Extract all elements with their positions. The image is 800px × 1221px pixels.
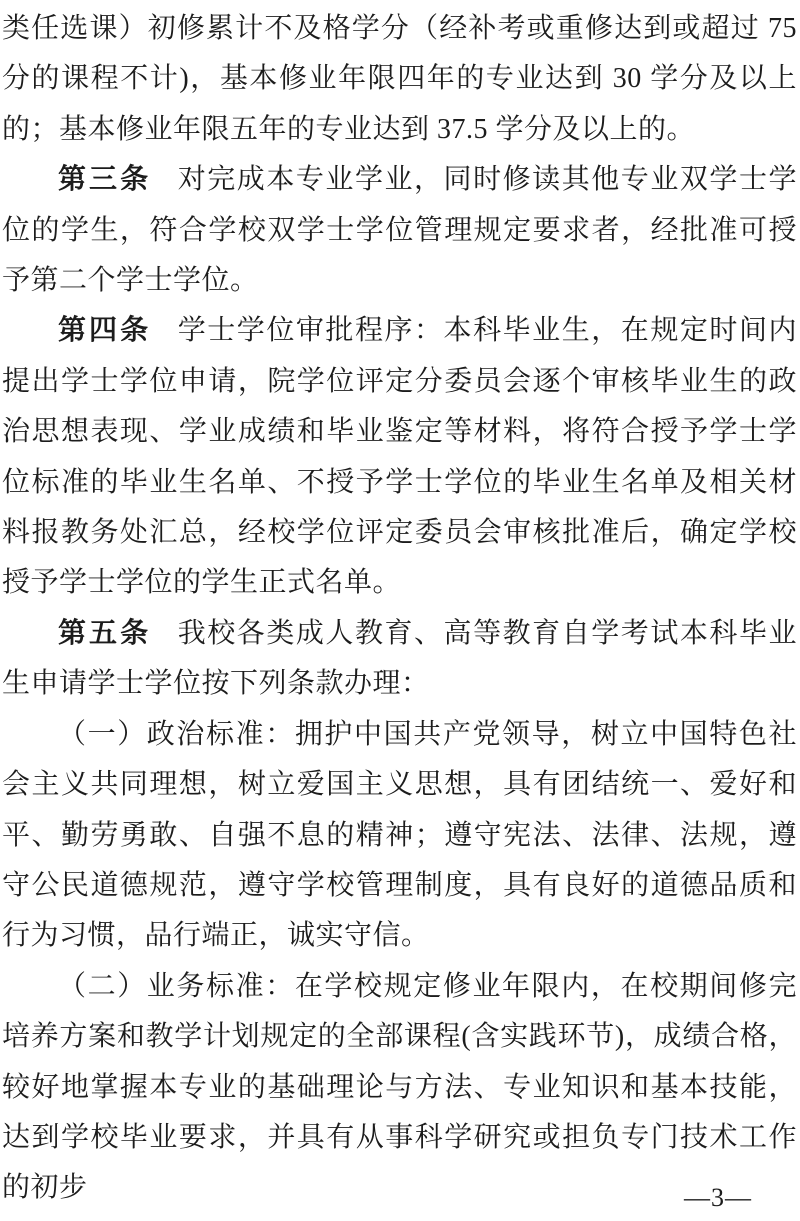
page-number: —3— xyxy=(684,1183,752,1213)
paragraph-article-5: 第五条我校各类成人教育、高等教育自学考试本科毕业生申请学士学位按下列条款办理： xyxy=(2,609,797,710)
document-page: 类任选课）初修累计不及格学分（经补考或重修达到或超过 75 分的课程不计)，基本… xyxy=(0,0,800,1221)
paragraph-continuation-text: 类任选课）初修累计不及格学分（经补考或重修达到或超过 75 分的课程不计)，基本… xyxy=(2,13,797,145)
paragraph-continuation: 类任选课）初修累计不及格学分（经补考或重修达到或超过 75 分的课程不计)，基本… xyxy=(2,4,797,155)
paragraph-item-1-political: （一）政治标准：拥护中国共产党领导，树立中国特色社会主义共同理想，树立爱国主义思… xyxy=(2,710,797,962)
paragraph-article-4: 第四条学士学位审批程序：本科毕业生，在规定时间内提出学士学位申请，院学位评定分委… xyxy=(2,306,797,608)
paragraph-item-2-academic: （二）业务标准：在学校规定修业年限内，在校期间修完培养方案和教学计划规定的全部课… xyxy=(2,962,797,1214)
paragraph-article-3: 第三条对完成本专业学业，同时修读其他专业双学士学位的学生，符合学校双学士学位管理… xyxy=(2,155,797,306)
item-2-academic-text: （二）业务标准：在学校规定修业年限内，在校期间修完培养方案和教学计划规定的全部课… xyxy=(2,971,797,1204)
article-4-label: 第四条 xyxy=(58,315,151,346)
item-1-political-text: （一）政治标准：拥护中国共产党领导，树立中国特色社会主义共同理想，树立爱国主义思… xyxy=(2,719,797,952)
document-body: 类任选课）初修累计不及格学分（经补考或重修达到或超过 75 分的课程不计)，基本… xyxy=(2,4,797,1214)
article-3-label: 第三条 xyxy=(58,164,151,195)
article-5-label: 第五条 xyxy=(58,618,151,649)
article-4-text: 学士学位审批程序：本科毕业生，在规定时间内提出学士学位申请，院学位评定分委员会逐… xyxy=(2,315,797,598)
